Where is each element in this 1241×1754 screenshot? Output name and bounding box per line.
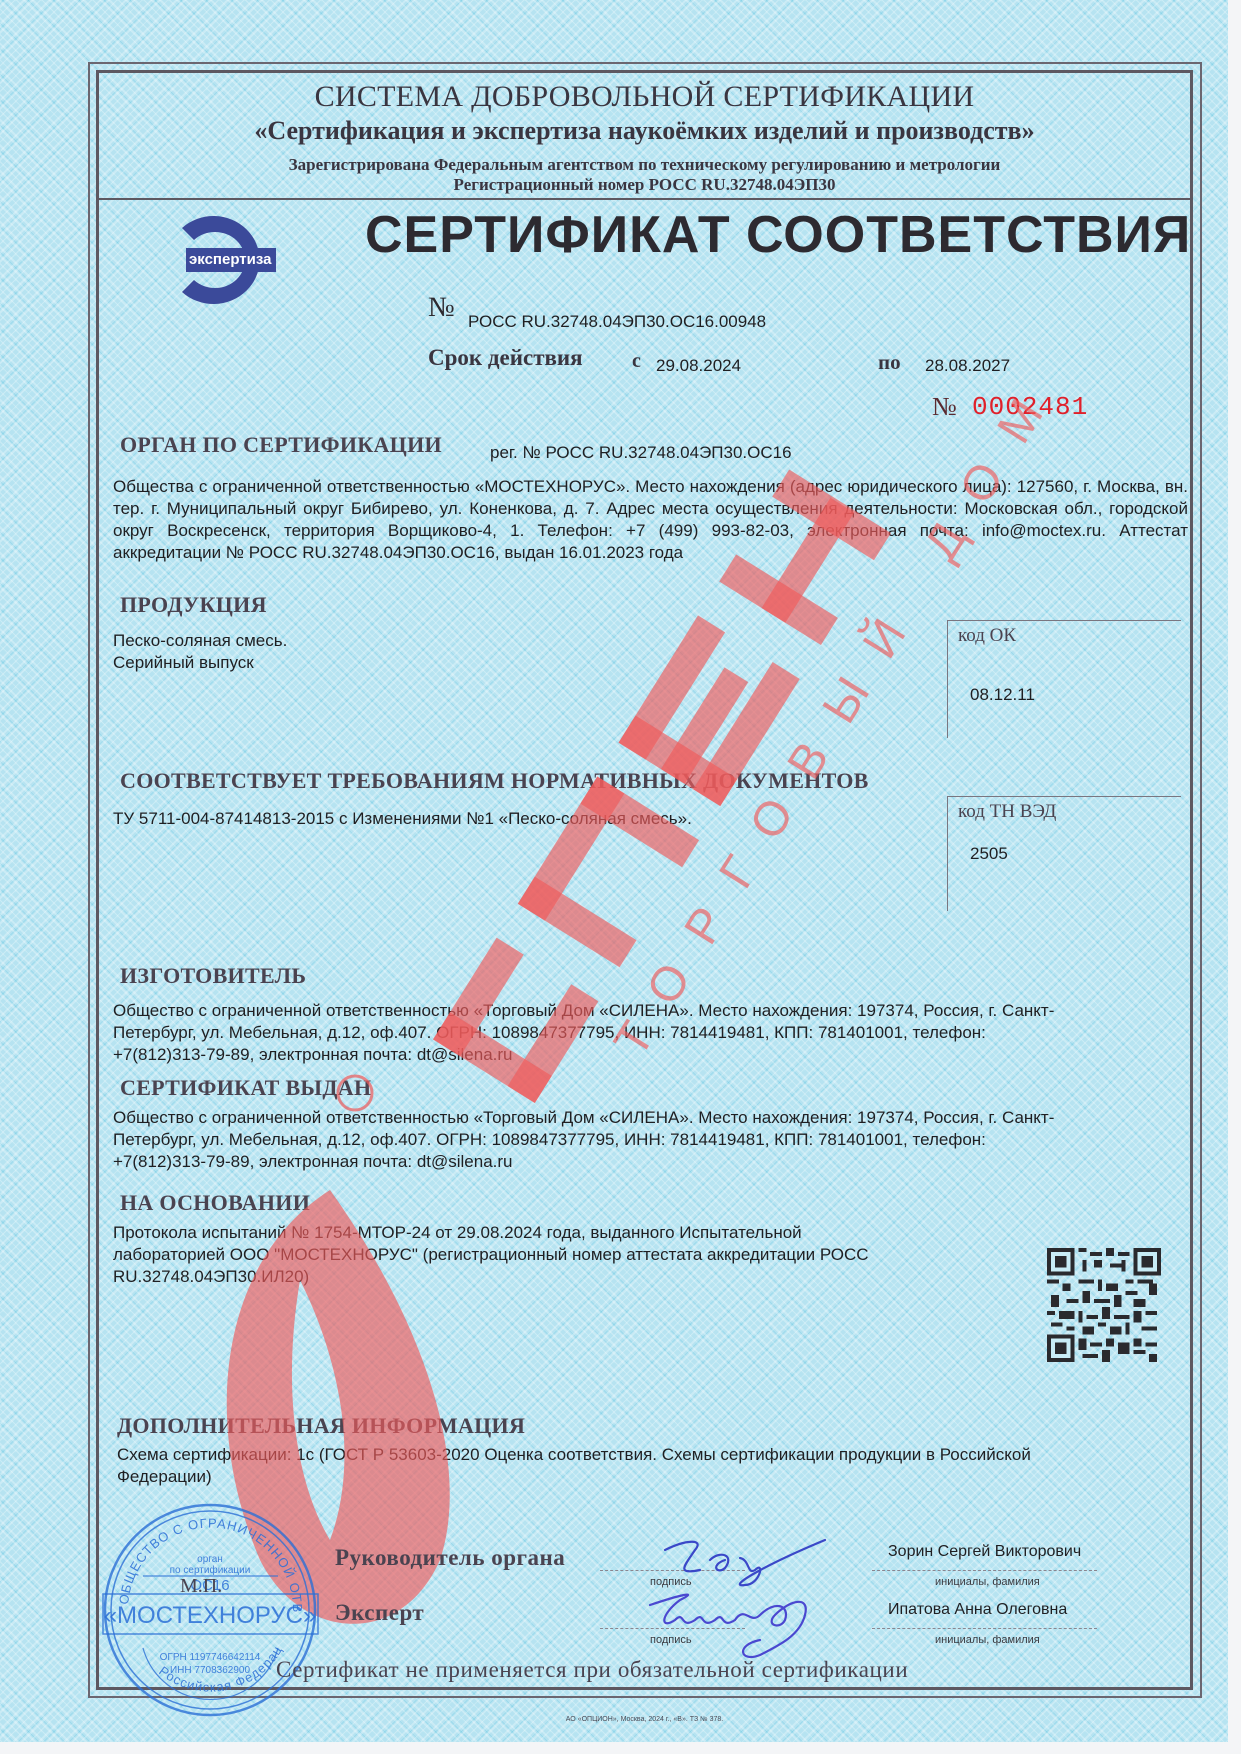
system-title: СИСТЕМА ДОБРОВОЛЬНОЙ СЕРТИФИКАЦИИ [96, 80, 1193, 114]
printer-info: АО «ОПЦИОН», Москва, 2024 г., «В». ТЗ № … [96, 1716, 1193, 1723]
valid-from-label: с [632, 350, 641, 373]
ok-code-label: код ОК [958, 625, 1016, 647]
basis-line: лабораторией ООО "МОСТЕХНОРУС" (регистра… [113, 1244, 943, 1266]
manufacturer-line: Общество с ограниченной ответственностью… [113, 1000, 1163, 1022]
ekspertiza-logo-icon: экспертиза [172, 210, 282, 310]
tn-ved-code-box: код ТН ВЭД 2505 [947, 796, 1181, 911]
additional-info-details: Схема сертификации: 1с (ГОСТ Р 53603-202… [117, 1444, 1167, 1488]
issued-to-line: Петербург, ул. Мебельная, д.12, оф.407. … [113, 1129, 1163, 1151]
head-name: Зорин Сергей Викторович [888, 1543, 1081, 1561]
registered-by: Зарегистрирована Федеральным агентством … [96, 155, 1193, 175]
ok-code-value: 08.12.11 [970, 685, 1035, 705]
certificate-title: СЕРТИФИКАТ СООТВЕТСТВИЯ [365, 205, 1191, 265]
expert-name-caption: инициалы, фамилия [935, 1634, 1040, 1646]
section-title-additional-info: ДОПОЛНИТЕЛЬНАЯ ИНФОРМАЦИЯ [117, 1413, 525, 1439]
section-title-issued-to: СЕРТИФИКАТ ВЫДАН [120, 1075, 371, 1101]
head-name-caption: инициалы, фамилия [935, 1576, 1040, 1588]
head-of-body-label: Руководитель органа [335, 1545, 565, 1571]
certification-body-details: Общества с ограниченной ответственностью… [113, 476, 1188, 564]
basis-line: Протокола испытаний № 1754-МТОР-24 от 29… [113, 1222, 943, 1244]
organization-stamp: ОБЩЕСТВО С ОГРАНИЧЕННОЙ ОТВЕТСТВЕННОСТЬЮ… [98, 1498, 323, 1723]
registration-number: Регистрационный номер РОСС RU.32748.04ЭП… [96, 175, 1193, 195]
stamp-name: «МОСТЕХНОРУС» [104, 1602, 317, 1629]
stamp-ogrn: ОГРН 1197746642114 [160, 1652, 261, 1663]
section-title-manufacturer: ИЗГОТОВИТЕЛЬ [120, 963, 306, 989]
head-name-line [872, 1570, 1097, 1571]
stamp-place-label: М.П. [180, 1575, 222, 1598]
ok-code-box: код ОК 08.12.11 [947, 620, 1181, 738]
header-divider [96, 198, 1193, 200]
section-title-product: ПРОДУКЦИЯ [120, 592, 267, 618]
qr-code-icon[interactable] [1046, 1248, 1162, 1362]
serial-number: 0002481 [972, 392, 1088, 422]
additional-info-line: Федерации) [117, 1466, 1167, 1488]
issued-to-details: Общество с ограниченной ответственностью… [113, 1107, 1163, 1173]
logo-label: экспертиза [189, 251, 271, 268]
system-name: «Сертификация и экспертиза наукоёмких из… [96, 116, 1193, 146]
valid-from-date: 29.08.2024 [656, 356, 741, 376]
basis-line: RU.32748.04ЭП30.ИЛ20) [113, 1266, 943, 1288]
tn-ved-code-label: код ТН ВЭД [958, 801, 1056, 823]
registration-block: Зарегистрирована Федеральным агентством … [96, 155, 1193, 195]
number-label: № [428, 292, 455, 324]
valid-to-label: по [878, 350, 901, 375]
product-name: Песко-соляная смесь. [113, 630, 813, 652]
expert-signature-icon [640, 1585, 840, 1665]
tn-ved-code-value: 2505 [970, 844, 1008, 864]
expert-name-line [872, 1628, 1097, 1629]
expert-label: Эксперт [335, 1600, 424, 1626]
footer-note: Сертификат не применяется при обязательн… [276, 1657, 908, 1683]
stamp-organ-line1: орган [197, 1554, 223, 1565]
normative-document: ТУ 5711-004-87414813-2015 с Изменениями … [113, 808, 933, 830]
certificate-sheet: СИСТЕМА ДОБРОВОЛЬНОЙ СЕРТИФИКАЦИИ «Серти… [0, 0, 1228, 1742]
manufacturer-details: Общество с ограниченной ответственностью… [113, 1000, 1163, 1066]
section-title-normative: СООТВЕТСТВУЕТ ТРЕБОВАНИЯМ НОРМАТИВНЫХ ДО… [120, 768, 869, 794]
valid-to-date: 28.08.2027 [925, 356, 1010, 376]
manufacturer-line: +7(812)313-79-89, электронная почта: dt@… [113, 1044, 1163, 1066]
additional-info-line: Схема сертификации: 1с (ГОСТ Р 53603-202… [117, 1444, 1167, 1466]
validity-label: Срок действия [428, 345, 583, 371]
head-signature-icon [655, 1530, 835, 1590]
basis-details: Протокола испытаний № 1754-МТОР-24 от 29… [113, 1222, 943, 1288]
expert-name: Ипатова Анна Олеговна [888, 1601, 1067, 1619]
issued-to-line: +7(812)313-79-89, электронная почта: dt@… [113, 1151, 1163, 1173]
section-title-basis: НА ОСНОВАНИИ [120, 1190, 310, 1216]
product-production-type: Серийный выпуск [113, 652, 813, 674]
certificate-number: РОСС RU.32748.04ЭП30.ОС16.00948 [468, 312, 766, 332]
stamp-inn: ИНН 7708362900 [170, 1665, 250, 1676]
issued-to-line: Общество с ограниченной ответственностью… [113, 1107, 1163, 1129]
section-title-certification-body: ОРГАН ПО СЕРТИФИКАЦИИ [120, 432, 442, 458]
certification-body-reg-number: рег. № РОСС RU.32748.04ЭП30.ОС16 [490, 443, 792, 463]
serial-label: № [932, 392, 957, 422]
product-details: Песко-соляная смесь. Серийный выпуск [113, 630, 813, 674]
manufacturer-line: Петербург, ул. Мебельная, д.12, оф.407. … [113, 1022, 1163, 1044]
